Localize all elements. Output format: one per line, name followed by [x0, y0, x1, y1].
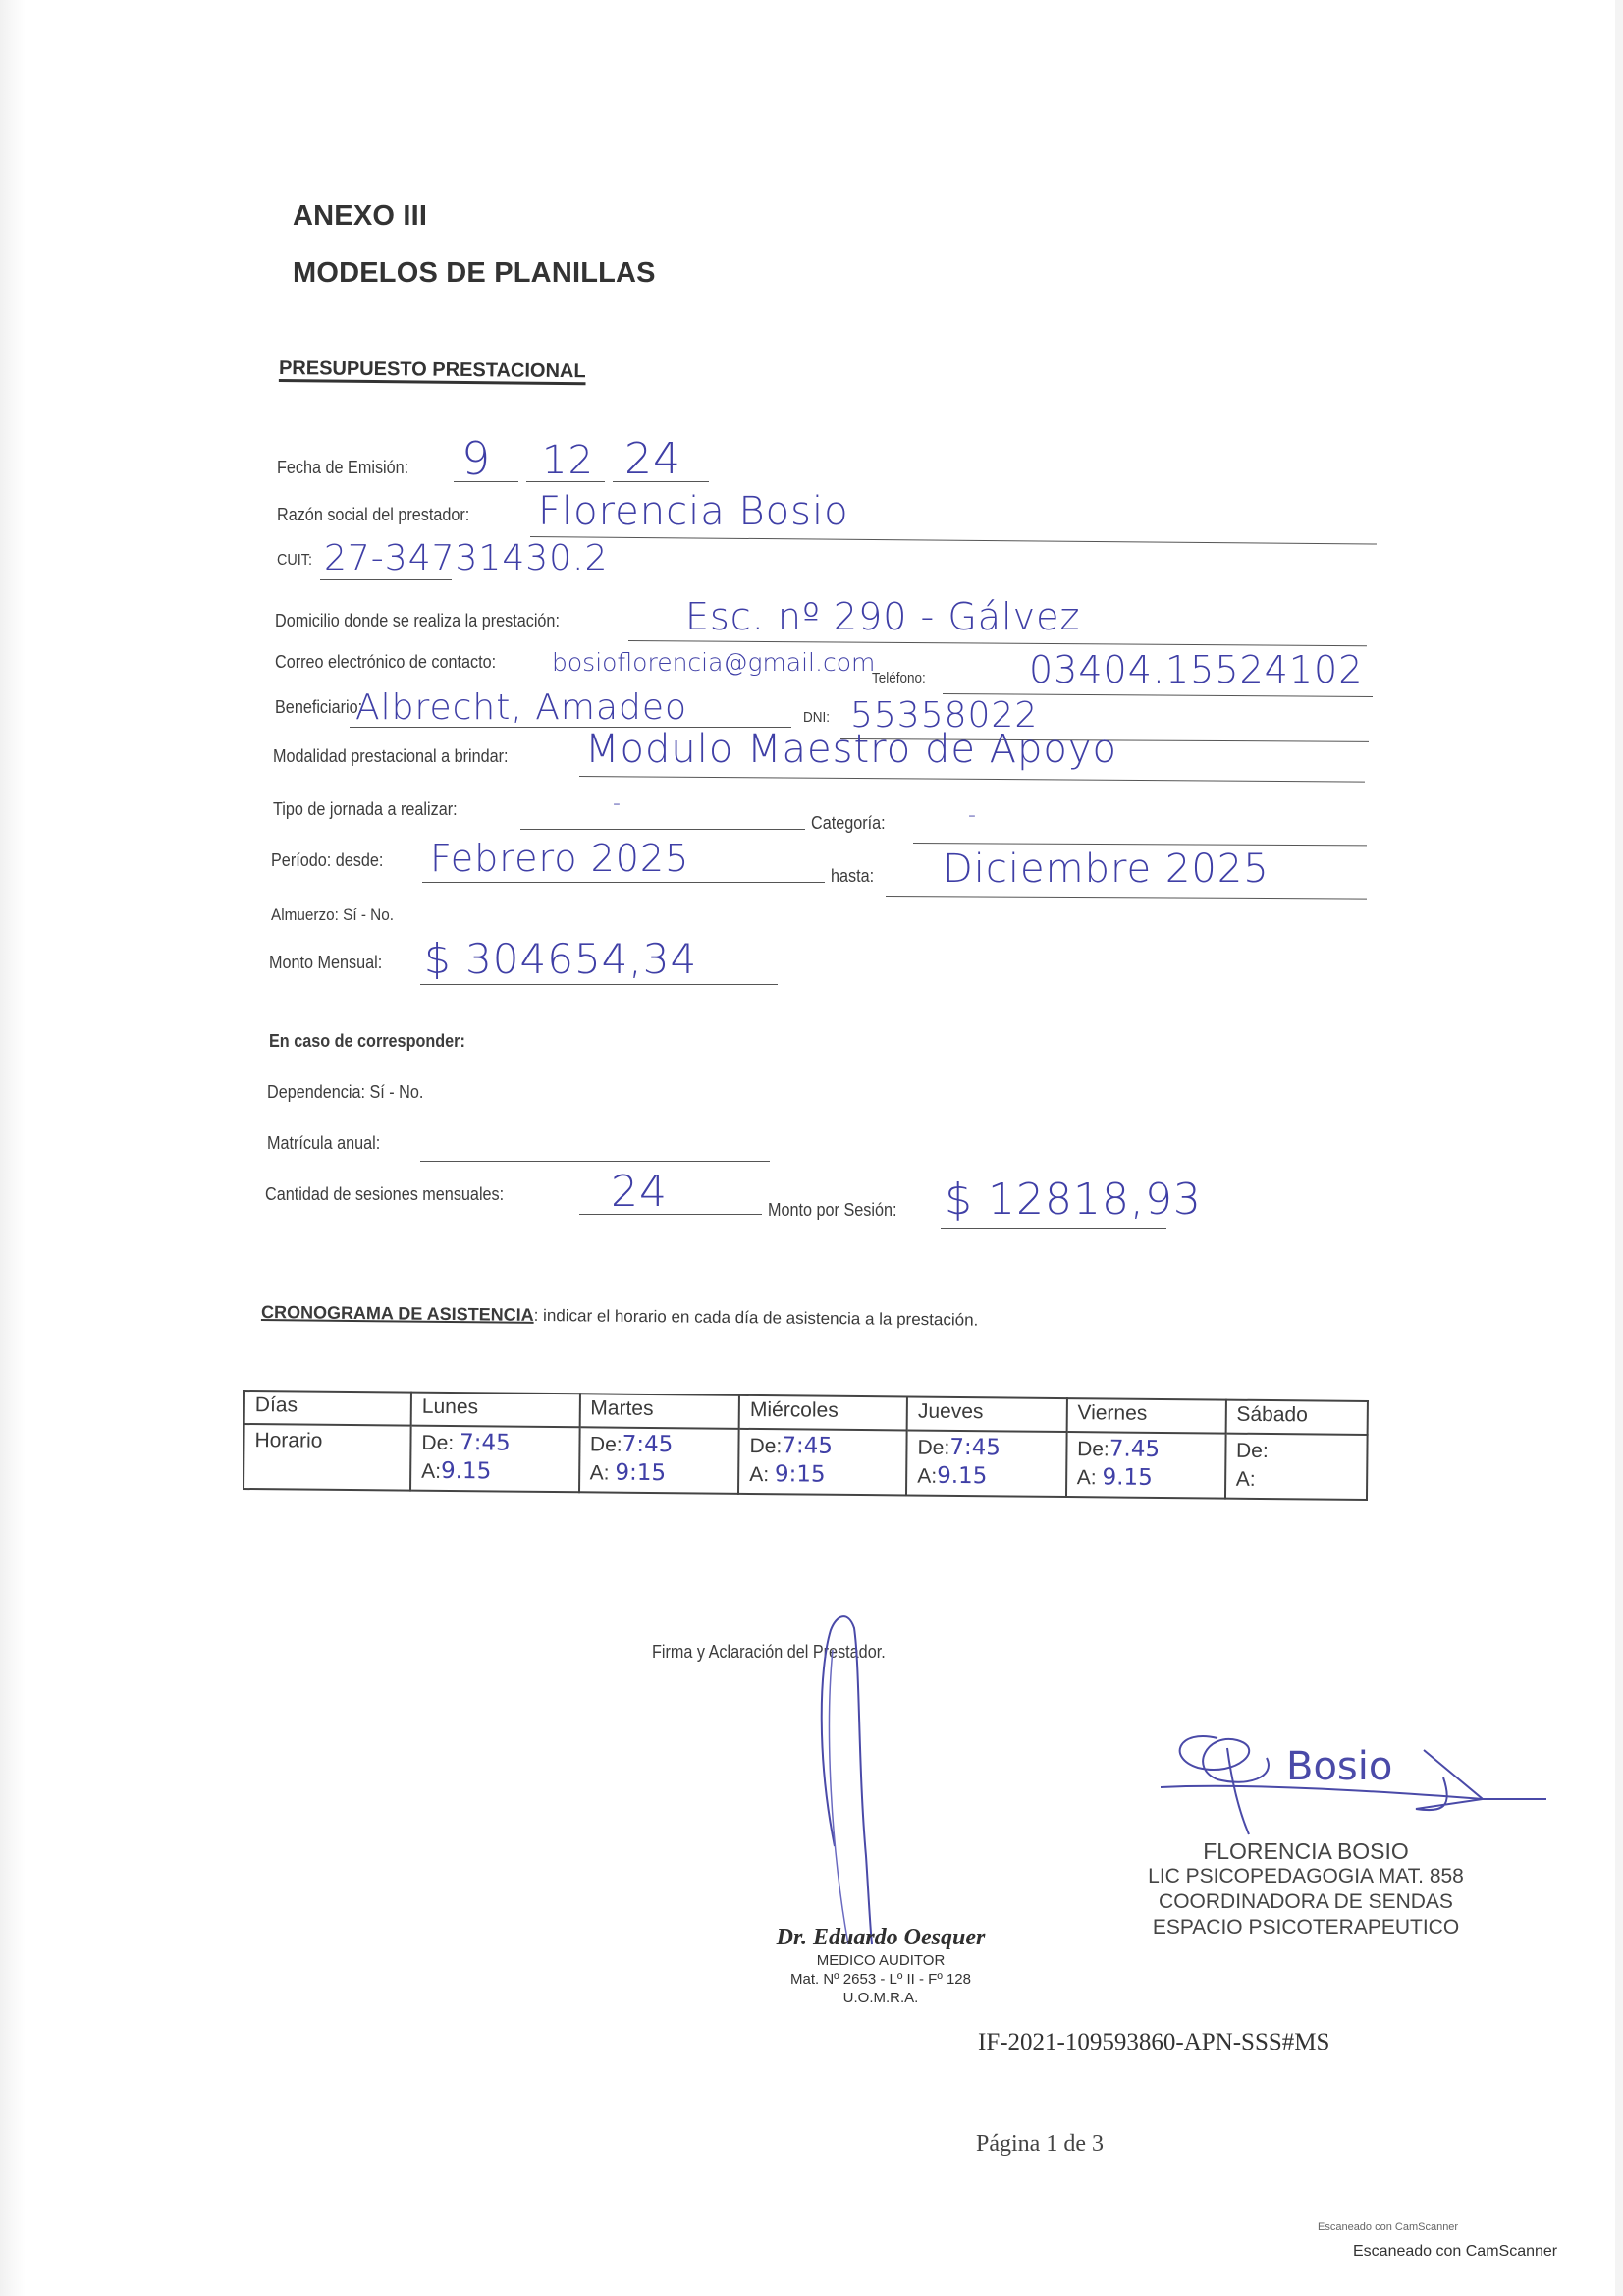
day-header: Lunes — [411, 1393, 580, 1428]
hours-cell[interactable]: De:7.45 A: 9.15 — [1066, 1432, 1226, 1499]
hours-cell[interactable]: De: 7:45 A:9.15 — [410, 1426, 579, 1493]
stamp-line-2: COORDINADORA DE SENDAS — [1100, 1889, 1512, 1915]
from-time[interactable]: 7:45 — [782, 1433, 833, 1458]
hours-row-label: Horario — [243, 1424, 411, 1491]
provider-stamp: FLORENCIA BOSIO LIC PSICOPEDAGOGIA MAT. … — [1100, 1838, 1512, 1941]
fecha-year-field[interactable]: 24 — [624, 434, 681, 484]
scanner-watermark-small: Escaneado con CamScanner — [1318, 2221, 1458, 2233]
doctor-organization: U.O.M.R.A. — [748, 1989, 1013, 2007]
fecha-day-field[interactable]: 9 — [461, 432, 491, 485]
beneficiario-field[interactable]: Albrecht, Amadeo — [355, 687, 687, 728]
correo-label: Correo electrónico de contacto: — [275, 652, 496, 673]
razon-label: Razón social del prestador: — [277, 505, 469, 525]
categoria-label: Categoría: — [811, 813, 886, 834]
doctor-registration: Mat. Nº 2653 - Lº II - Fº 128 — [748, 1970, 1013, 1989]
day-header: Sábado — [1225, 1400, 1368, 1435]
monto-sesion-field[interactable]: $ 12818,93 — [945, 1175, 1202, 1225]
document-page: ANEXO III MODELOS DE PLANILLAS PRESUPUES… — [0, 0, 1623, 2296]
annex-title: ANEXO III — [293, 200, 427, 233]
optional-heading: En caso de corresponder: — [269, 1031, 465, 1052]
signature-stroke-icon — [815, 1611, 893, 1964]
page-number: Página 1 de 3 — [976, 2131, 1104, 2158]
schedule-instruction: : indicar el horario en cada día de asis… — [534, 1306, 979, 1330]
fecha-label: Fecha de Emisión: — [277, 458, 408, 478]
periodo-desde-field[interactable]: Febrero 2025 — [430, 837, 689, 880]
to-time[interactable]: 9.15 — [1102, 1464, 1152, 1490]
domicilio-label: Domicilio donde se realiza la prestación… — [275, 611, 560, 631]
to-time[interactable]: 9.15 — [937, 1463, 987, 1489]
modalidad-field[interactable]: Modulo Maestro de Apoyo — [585, 727, 1117, 772]
schedule-table: Días Lunes Martes Miércoles Jueves Viern… — [243, 1390, 1369, 1501]
to-time[interactable]: 9.15 — [441, 1458, 491, 1484]
monto-mensual-field[interactable]: $ 304654,34 — [424, 935, 697, 983]
day-header: Jueves — [907, 1396, 1067, 1432]
hasta-label: hasta: — [831, 866, 874, 887]
stamp-name: FLORENCIA BOSIO — [1100, 1838, 1512, 1864]
auditor-stamp: Dr. Eduardo Oesquer MEDICO AUDITOR Mat. … — [748, 1925, 1013, 2007]
svg-text:Bosio: Bosio — [1286, 1744, 1392, 1789]
scan-edge-right — [1615, 0, 1623, 2296]
schedule-heading-line: CRONOGRAMA DE ASISTENCIA: indicar el hor… — [261, 1302, 979, 1331]
day-header: Martes — [579, 1394, 739, 1429]
sesiones-label: Cantidad de sesiones mensuales: — [265, 1184, 504, 1205]
hours-cell[interactable]: De: A: — [1225, 1434, 1368, 1500]
from-time[interactable]: 7.45 — [1109, 1436, 1160, 1461]
periodo-hasta-field[interactable]: Diciembre 2025 — [943, 847, 1270, 892]
from-time[interactable]: 7:45 — [460, 1430, 511, 1455]
periodo-label: Período: desde: — [271, 850, 383, 871]
beneficiario-label: Beneficiario: — [275, 697, 362, 718]
jornada-field[interactable]: - — [613, 792, 622, 816]
almuerzo-label: Almuerzo: Sí - No. — [271, 905, 394, 925]
from-time[interactable]: 7:45 — [622, 1432, 674, 1457]
day-header: Miércoles — [739, 1395, 907, 1431]
sesiones-field[interactable]: 24 — [611, 1167, 668, 1217]
stamp-line-1: LIC PSICOPEDAGOGIA MAT. 858 — [1100, 1864, 1512, 1889]
bosio-signature-icon: Bosio — [1159, 1719, 1551, 1836]
monto-sesion-label: Monto por Sesión: — [768, 1200, 896, 1221]
cuit-label: CUIT: — [277, 552, 312, 570]
modalidad-label: Modalidad prestacional a brindar: — [273, 746, 509, 767]
to-time[interactable]: 9:15 — [775, 1461, 826, 1487]
razon-field[interactable]: Florencia Bosio — [538, 489, 849, 534]
scan-edge-left — [0, 0, 26, 2296]
schedule-heading: CRONOGRAMA DE ASISTENCIA — [261, 1302, 534, 1325]
matricula-label: Matrícula anual: — [267, 1133, 380, 1154]
monto-mensual-label: Monto Mensual: — [269, 953, 382, 973]
document-title: MODELOS DE PLANILLAS — [293, 257, 656, 290]
hours-cell[interactable]: De:7:45 A: 9:15 — [738, 1429, 907, 1496]
categoria-field[interactable]: - — [968, 803, 977, 828]
section-heading: PRESUPUESTO PRESTACIONAL — [279, 357, 586, 383]
telefono-field[interactable]: 03404.15524102 — [1029, 648, 1363, 691]
telefono-label: Teléfono: — [872, 670, 926, 686]
doctor-role: MEDICO AUDITOR — [748, 1951, 1013, 1970]
correo-field[interactable]: bosioflorencia@gmail.com — [552, 648, 875, 677]
schedule-hours-row: Horario De: 7:45 A:9.15 De:7:45 A: 9:15 … — [243, 1424, 1368, 1500]
jornada-label: Tipo de jornada a realizar: — [273, 799, 458, 820]
dependencia-label: Dependencia: Sí - No. — [267, 1082, 423, 1103]
doctor-name: Dr. Eduardo Oesquer — [748, 1925, 1013, 1951]
hours-cell[interactable]: De:7:45 A:9.15 — [906, 1430, 1066, 1497]
days-row-label: Días — [244, 1391, 411, 1426]
scanner-watermark: Escaneado con CamScanner — [1353, 2243, 1557, 2261]
fecha-month-field[interactable]: 12 — [542, 438, 594, 483]
from-time[interactable]: 7:45 — [949, 1435, 1001, 1460]
day-header: Viernes — [1066, 1398, 1225, 1434]
document-id: IF-2021-109593860-APN-SSS#MS — [978, 2029, 1329, 2056]
dni-label: DNI: — [803, 709, 830, 726]
cuit-field[interactable]: 27-34731430.2 — [324, 538, 608, 578]
to-time[interactable]: 9:15 — [615, 1460, 666, 1486]
hours-cell[interactable]: De:7:45 A: 9:15 — [579, 1427, 739, 1494]
domicilio-field[interactable]: Esc. nº 290 - Gálvez — [685, 595, 1080, 638]
stamp-line-3: ESPACIO PSICOTERAPEUTICO — [1100, 1915, 1512, 1941]
